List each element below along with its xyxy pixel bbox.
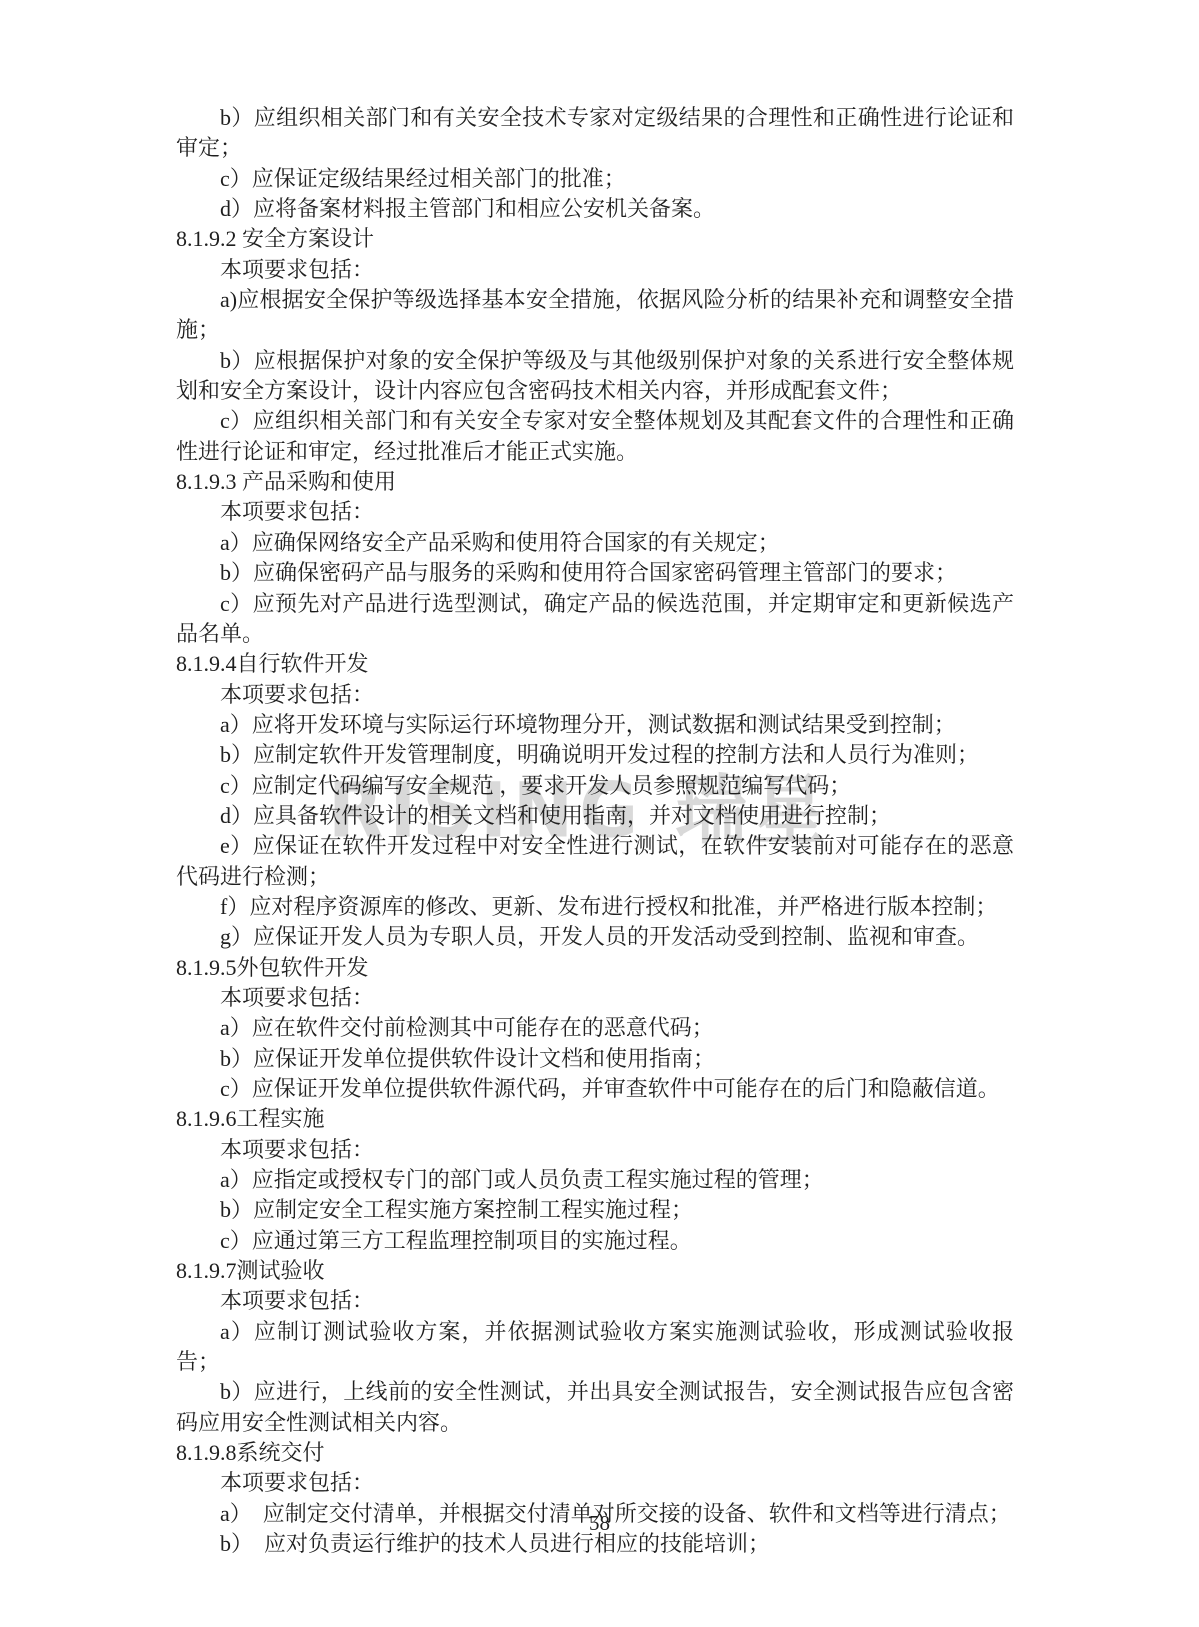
section-heading: 8.1.9.8系统交付	[176, 1438, 1014, 1468]
paragraph: 本项要求包括：	[176, 680, 1014, 710]
paragraph: c）应组织相关部门和有关安全专家对安全整体规划及其配套文件的合理性和正确性进行论…	[176, 406, 1014, 467]
section-heading: 8.1.9.5外包软件开发	[176, 953, 1014, 983]
paragraph: c）应制定代码编写安全规范 ，要求开发人员参照规范编写代码；	[176, 771, 1014, 801]
paragraph: e）应保证在软件开发过程中对安全性进行测试，在软件安装前对可能存在的恶意代码进行…	[176, 831, 1014, 892]
section-heading: 8.1.9.6工程实施	[176, 1104, 1014, 1134]
paragraph: c）应预先对产品进行选型测试，确定产品的候选范围，并定期审定和更新候选产品名单。	[176, 589, 1014, 650]
paragraph: a）应制订测试验收方案，并依据测试验收方案实施测试验收，形成测试验收报告；	[176, 1317, 1014, 1378]
paragraph: b）应根据保护对象的安全保护等级及与其他级别保护对象的关系进行安全整体规划和安全…	[176, 346, 1014, 407]
section-heading: 8.1.9.3 产品采购和使用	[176, 467, 1014, 497]
section-heading: 8.1.9.7测试验收	[176, 1256, 1014, 1286]
paragraph: 本项要求包括：	[176, 1286, 1014, 1316]
paragraph: 本项要求包括：	[176, 983, 1014, 1013]
paragraph: c）应保证开发单位提供软件源代码，并审查软件中可能存在的后门和隐蔽信道。	[176, 1074, 1014, 1104]
section-heading: 8.1.9.2 安全方案设计	[176, 224, 1014, 254]
paragraph: d）应具备软件设计的相关文档和使用指南，并对文档使用进行控制；	[176, 801, 1014, 831]
paragraph: a）应在软件交付前检测其中可能存在的恶意代码；	[176, 1013, 1014, 1043]
paragraph: b）应制定软件开发管理制度，明确说明开发过程的控制方法和人员行为准则；	[176, 740, 1014, 770]
document-page: RISING 瑞星 b）应组织相关部门和有关安全技术专家对定级结果的合理性和正确…	[0, 0, 1199, 1627]
paragraph: a）应确保网络安全产品采购和使用符合国家的有关规定；	[176, 528, 1014, 558]
paragraph: c）应通过第三方工程监理控制项目的实施过程。	[176, 1226, 1014, 1256]
paragraph: 本项要求包括：	[176, 497, 1014, 527]
paragraph: b）应组织相关部门和有关安全技术专家对定级结果的合理性和正确性进行论证和审定；	[176, 103, 1014, 164]
paragraph: f）应对程序资源库的修改、更新、发布进行授权和批准，并严格进行版本控制；	[176, 892, 1014, 922]
paragraph: a）应将开发环境与实际运行环境物理分开，测试数据和测试结果受到控制；	[176, 710, 1014, 740]
paragraph: a）应指定或授权专门的部门或人员负责工程实施过程的管理；	[176, 1165, 1014, 1195]
paragraph: 本项要求包括：	[176, 1135, 1014, 1165]
paragraph: b）应制定安全工程实施方案控制工程实施过程；	[176, 1195, 1014, 1225]
paragraph: a)应根据安全保护等级选择基本安全措施，依据风险分析的结果补充和调整安全措施；	[176, 285, 1014, 346]
paragraph: b）应确保密码产品与服务的采购和使用符合国家密码管理主管部门的要求；	[176, 558, 1014, 588]
paragraph: b）应进行，上线前的安全性测试，并出具安全测试报告，安全测试报告应包含密码应用安…	[176, 1377, 1014, 1438]
paragraph: d）应将备案材料报主管部门和相应公安机关备案。	[176, 194, 1014, 224]
paragraph: 本项要求包括：	[176, 255, 1014, 285]
paragraph: g）应保证开发人员为专职人员，开发人员的开发活动受到控制、监视和审查。	[176, 922, 1014, 952]
paragraph: c）应保证定级结果经过相关部门的批准；	[176, 164, 1014, 194]
page-number: 58	[0, 1511, 1199, 1536]
section-heading: 8.1.9.4自行软件开发	[176, 649, 1014, 679]
document-text: b）应组织相关部门和有关安全技术专家对定级结果的合理性和正确性进行论证和审定；c…	[176, 103, 1014, 1560]
paragraph: 本项要求包括：	[176, 1468, 1014, 1498]
paragraph: b）应保证开发单位提供软件设计文档和使用指南；	[176, 1044, 1014, 1074]
